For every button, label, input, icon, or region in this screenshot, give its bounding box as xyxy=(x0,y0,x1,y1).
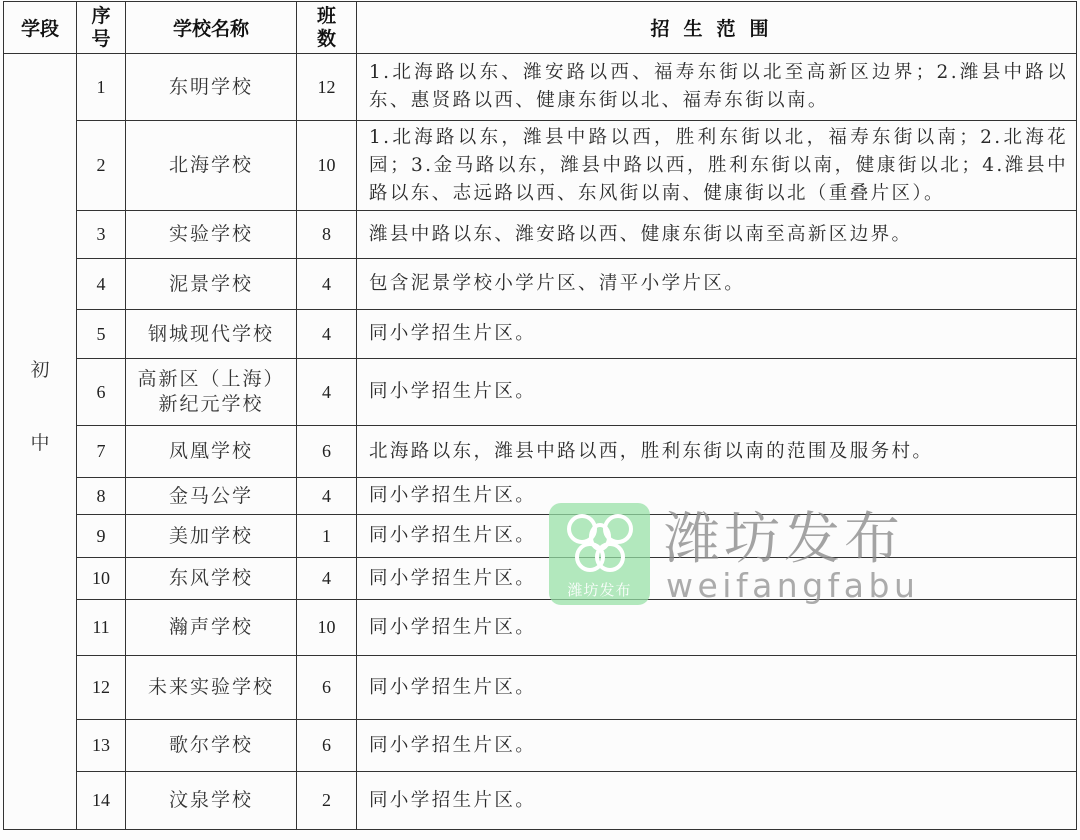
row-number: 6 xyxy=(77,359,126,426)
class-count: 1 xyxy=(297,515,357,558)
school-name: 泥景学校 xyxy=(126,259,297,310)
table-row: 2北海学校101.北海路以东，潍县中路以西，胜利东街以北，福寿东街以南；2.北海… xyxy=(4,121,1077,211)
school-name: 高新区（上海）新纪元学校 xyxy=(126,359,297,426)
enrollment-range: 同小学招生片区。 xyxy=(357,656,1077,720)
enrollment-range: 包含泥景学校小学片区、清平小学片区。 xyxy=(357,259,1077,310)
enrollment-range: 北海路以东，潍县中路以西，胜利东街以南的范围及服务村。 xyxy=(357,426,1077,478)
table-row: 12未来实验学校6同小学招生片区。 xyxy=(4,656,1077,720)
row-number: 3 xyxy=(77,211,126,259)
table-row: 初中1东明学校121.北海路以东、潍安路以西、福寿东街以北至高新区边界；2.潍县… xyxy=(4,54,1077,121)
school-name: 未来实验学校 xyxy=(126,656,297,720)
enrollment-range: 同小学招生片区。 xyxy=(357,359,1077,426)
class-count: 6 xyxy=(297,720,357,772)
class-count: 6 xyxy=(297,656,357,720)
school-name: 凤凰学校 xyxy=(126,426,297,478)
table-row: 6高新区（上海）新纪元学校4同小学招生片区。 xyxy=(4,359,1077,426)
stage-cell: 初中 xyxy=(4,54,77,830)
class-count: 8 xyxy=(297,211,357,259)
stage-char: 中 xyxy=(30,428,49,455)
row-number: 2 xyxy=(77,121,126,211)
table-row: 14汶泉学校2同小学招生片区。 xyxy=(4,772,1077,830)
enrollment-range: 同小学招生片区。 xyxy=(357,310,1077,359)
class-count: 12 xyxy=(297,54,357,121)
class-count: 2 xyxy=(297,772,357,830)
table-row: 9美加学校1同小学招生片区。 xyxy=(4,515,1077,558)
row-number: 12 xyxy=(77,656,126,720)
school-name: 北海学校 xyxy=(126,121,297,211)
row-number: 10 xyxy=(77,558,126,600)
school-name: 实验学校 xyxy=(126,211,297,259)
table-row: 8金马公学4同小学招生片区。 xyxy=(4,478,1077,515)
row-number: 7 xyxy=(77,426,126,478)
header-stage: 学段 xyxy=(4,2,77,54)
table-row: 5钢城现代学校4同小学招生片区。 xyxy=(4,310,1077,359)
row-number: 5 xyxy=(77,310,126,359)
row-number: 4 xyxy=(77,259,126,310)
row-number: 1 xyxy=(77,54,126,121)
class-count: 10 xyxy=(297,121,357,211)
enrollment-range: 同小学招生片区。 xyxy=(357,600,1077,656)
school-name: 东明学校 xyxy=(126,54,297,121)
enrollment-table: 学段 序号 学校名称 班数 招生范围 初中1东明学校121.北海路以东、潍安路以… xyxy=(3,1,1077,830)
class-count: 4 xyxy=(297,558,357,600)
row-number: 14 xyxy=(77,772,126,830)
enrollment-range: 1.北海路以东、潍安路以西、福寿东街以北至高新区边界；2.潍县中路以东、惠贤路以… xyxy=(357,54,1077,121)
class-count: 6 xyxy=(297,426,357,478)
table-row: 3实验学校8潍县中路以东、潍安路以西、健康东街以南至高新区边界。 xyxy=(4,211,1077,259)
school-name: 汶泉学校 xyxy=(126,772,297,830)
school-name: 金马公学 xyxy=(126,478,297,515)
school-name: 钢城现代学校 xyxy=(126,310,297,359)
header-no: 序号 xyxy=(77,2,126,54)
table-row: 13歌尔学校6同小学招生片区。 xyxy=(4,720,1077,772)
enrollment-range: 1.北海路以东，潍县中路以西，胜利东街以北，福寿东街以南；2.北海花园；3.金马… xyxy=(357,121,1077,211)
header-classes: 班数 xyxy=(297,2,357,54)
table-row: 4泥景学校4包含泥景学校小学片区、清平小学片区。 xyxy=(4,259,1077,310)
row-number: 11 xyxy=(77,600,126,656)
class-count: 10 xyxy=(297,600,357,656)
row-number: 8 xyxy=(77,478,126,515)
table-row: 10东风学校4同小学招生片区。 xyxy=(4,558,1077,600)
enrollment-range: 同小学招生片区。 xyxy=(357,772,1077,830)
class-count: 4 xyxy=(297,310,357,359)
table-row: 7凤凰学校6北海路以东，潍县中路以西，胜利东街以南的范围及服务村。 xyxy=(4,426,1077,478)
table-row: 11瀚声学校10同小学招生片区。 xyxy=(4,600,1077,656)
school-name: 瀚声学校 xyxy=(126,600,297,656)
class-count: 4 xyxy=(297,259,357,310)
stage-char: 初 xyxy=(30,355,49,382)
header-school-name: 学校名称 xyxy=(126,2,297,54)
school-name: 美加学校 xyxy=(126,515,297,558)
school-name: 歌尔学校 xyxy=(126,720,297,772)
header-row: 学段 序号 学校名称 班数 招生范围 xyxy=(4,2,1077,54)
enrollment-range: 同小学招生片区。 xyxy=(357,720,1077,772)
row-number: 9 xyxy=(77,515,126,558)
class-count: 4 xyxy=(297,359,357,426)
enrollment-range: 同小学招生片区。 xyxy=(357,515,1077,558)
row-number: 13 xyxy=(77,720,126,772)
enrollment-range: 同小学招生片区。 xyxy=(357,478,1077,515)
header-range: 招生范围 xyxy=(357,2,1077,54)
class-count: 4 xyxy=(297,478,357,515)
enrollment-range: 同小学招生片区。 xyxy=(357,558,1077,600)
school-name: 东风学校 xyxy=(126,558,297,600)
enrollment-range: 潍县中路以东、潍安路以西、健康东街以南至高新区边界。 xyxy=(357,211,1077,259)
